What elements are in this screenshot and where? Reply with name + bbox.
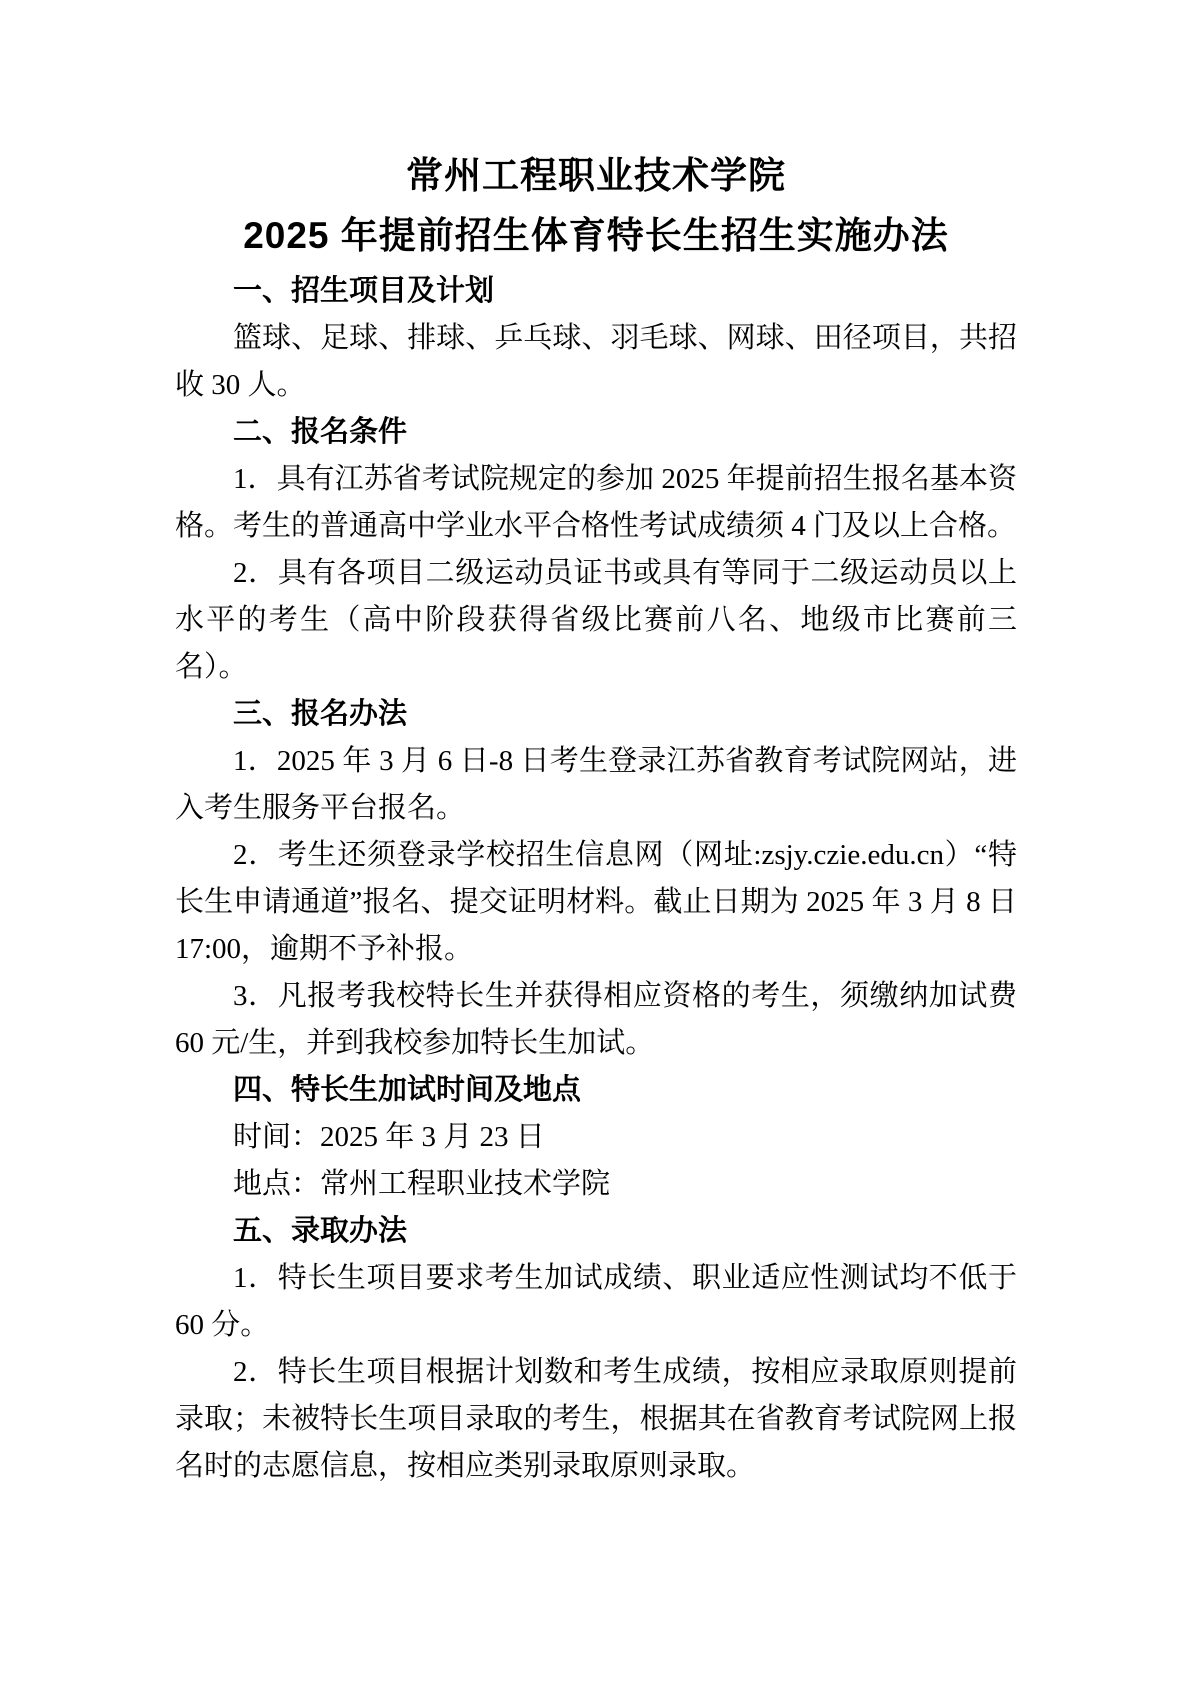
paragraph: 3．凡报考我校特长生并获得相应资格的考生，须缴纳加试费 60 元/生，并到我校参… bbox=[175, 973, 1017, 1067]
paragraph: 2．考生还须登录学校招生信息网（网址:zsjy.czie.edu.cn）“特长生… bbox=[175, 832, 1017, 973]
section-heading: 二、报名条件 bbox=[175, 409, 1017, 456]
section-heading: 三、报名办法 bbox=[175, 691, 1017, 738]
paragraph: 2．特长生项目根据计划数和考生成绩，按相应录取原则提前录取；未被特长生项目录取的… bbox=[175, 1349, 1017, 1490]
section-heading: 一、招生项目及计划 bbox=[175, 268, 1017, 315]
document-body: 一、招生项目及计划篮球、足球、排球、乒乓球、羽毛球、网球、田径项目，共招收 30… bbox=[175, 268, 1017, 1490]
paragraph: 地点：常州工程职业技术学院 bbox=[175, 1161, 1017, 1208]
paragraph: 2．具有各项目二级运动员证书或具有等同于二级运动员以上水平的考生（高中阶段获得省… bbox=[175, 550, 1017, 691]
document-page: 常州工程职业技术学院 2025 年提前招生体育特长生招生实施办法 一、招生项目及… bbox=[0, 0, 1191, 1684]
paragraph: 1．具有江苏省考试院规定的参加 2025 年提前招生报名基本资格。考生的普通高中… bbox=[175, 456, 1017, 550]
document-title-block: 常州工程职业技术学院 2025 年提前招生体育特长生招生实施办法 bbox=[175, 146, 1017, 266]
paragraph: 篮球、足球、排球、乒乓球、羽毛球、网球、田径项目，共招收 30 人。 bbox=[175, 315, 1017, 409]
section-heading: 四、特长生加试时间及地点 bbox=[175, 1067, 1017, 1114]
paragraph: 1．特长生项目要求考生加试成绩、职业适应性测试均不低于 60 分。 bbox=[175, 1255, 1017, 1349]
paragraph: 时间：2025 年 3 月 23 日 bbox=[175, 1114, 1017, 1161]
paragraph: 1．2025 年 3 月 6 日-8 日考生登录江苏省教育考试院网站，进入考生服… bbox=[175, 738, 1017, 832]
section-heading: 五、录取办法 bbox=[175, 1208, 1017, 1255]
document-title-line-1: 常州工程职业技术学院 bbox=[175, 146, 1017, 206]
document-content: 常州工程职业技术学院 2025 年提前招生体育特长生招生实施办法 一、招生项目及… bbox=[175, 146, 1017, 1490]
document-title-line-2: 2025 年提前招生体育特长生招生实施办法 bbox=[175, 206, 1017, 266]
